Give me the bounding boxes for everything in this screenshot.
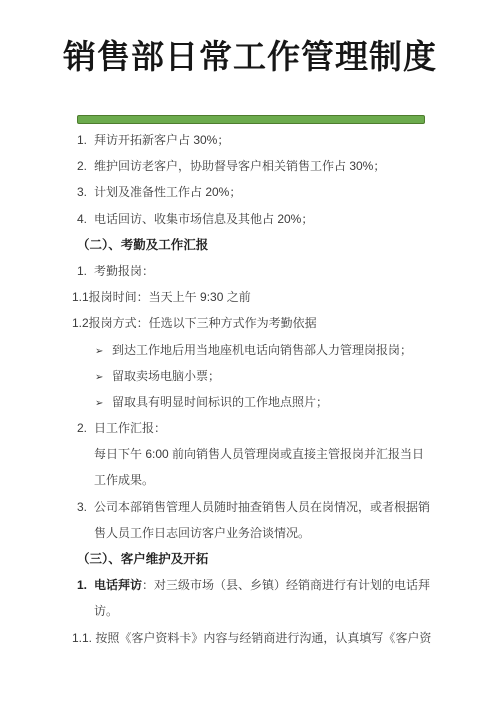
document-body: 1.拜访开拓新客户占 30%； 2.维护回访老客户，协助督导客户相关销售工作占 … [0,127,500,651]
section-heading-attendance: （二）、考勤及工作汇报 [0,232,500,258]
item-text: 拜访开拓新客户占 30%； [94,133,229,147]
accent-bar [77,115,425,124]
item-text: 留取具有明显时间标识的工作地点照片； [112,395,328,409]
arrow-item: ➢留取卖场电脑小票； [0,363,500,389]
numbered-item: 1.电话拜访：对三级市场（县、乡镇）经销商进行有计划的电话拜 [0,572,500,598]
arrow-bullet-icon: ➢ [95,391,112,417]
item-number: 4. [77,206,94,232]
numbered-item: 3.计划及准备性工作占 20%； [0,179,500,205]
item-number: 3. [77,494,94,520]
item-text: 电话回访、收集市场信息及其他占 20%； [94,212,313,226]
continuation-line: 每日下午 6:00 前向销售人员管理岗或直接主管报岗并汇报当日 [0,441,500,467]
item-text-rest: ：对三级市场（县、乡镇）经销商进行有计划的电话拜 [142,578,430,592]
sub-clause-line: 1.1报岗时间：当天上午 9:30 之前 [0,284,500,310]
document-title: 销售部日常工作管理制度 [0,36,500,78]
document-page: 销售部日常工作管理制度 1.拜访开拓新客户占 30%； 2.维护回访老客户，协助… [0,0,500,707]
item-text: 考勤报岗： [94,264,154,278]
item-text: 公司本部销售管理人员随时抽查销售人员在岗情况，或者根据销 [94,500,430,514]
item-number: 2. [77,415,94,441]
item-text: 到达工作地后用当地座机电话向销售部人力管理岗报岗； [112,343,412,357]
arrow-item: ➢到达工作地后用当地座机电话向销售部人力管理岗报岗； [0,337,500,363]
item-text: 日工作汇报： [94,421,166,435]
numbered-item: 2.日工作汇报： [0,415,500,441]
item-number: 1. [77,572,94,598]
section-heading-customers: （三）、客户维护及开拓 [0,546,500,572]
arrow-item: ➢留取具有明显时间标识的工作地点照片； [0,389,500,415]
continuation-line: 访。 [0,598,500,624]
arrow-bullet-icon: ➢ [95,339,112,365]
numbered-item: 1.考勤报岗： [0,258,500,284]
item-text: 留取卖场电脑小票； [112,369,220,383]
item-number: 2. [77,153,94,179]
numbered-item: 4.电话回访、收集市场信息及其他占 20%； [0,206,500,232]
item-text: 维护回访老客户，协助督导客户相关销售工作占 30%； [94,159,385,173]
item-text: 计划及准备性工作占 20%； [94,185,241,199]
arrow-bullet-icon: ➢ [95,365,112,391]
numbered-item: 2.维护回访老客户，协助督导客户相关销售工作占 30%； [0,153,500,179]
item-number: 1. [77,127,94,153]
continuation-line: 售人员工作日志回访客户业务洽谈情况。 [0,520,500,546]
sub-clause-line: 1.2报岗方式：任选以下三种方式作为考勤依据 [0,310,500,336]
item-text-bold: 电话拜访 [94,578,142,592]
numbered-item: 1.拜访开拓新客户占 30%； [0,127,500,153]
item-number: 3. [77,179,94,205]
continuation-line: 工作成果。 [0,467,500,493]
numbered-item: 3.公司本部销售管理人员随时抽查销售人员在岗情况，或者根据销 [0,494,500,520]
item-number: 1. [77,258,94,284]
sub-clause-line: 1.1. 按照《客户资料卡》内容与经销商进行沟通，认真填写《客户资 [0,625,500,651]
item-text: 电话拜访：对三级市场（县、乡镇）经销商进行有计划的电话拜 [94,578,430,592]
